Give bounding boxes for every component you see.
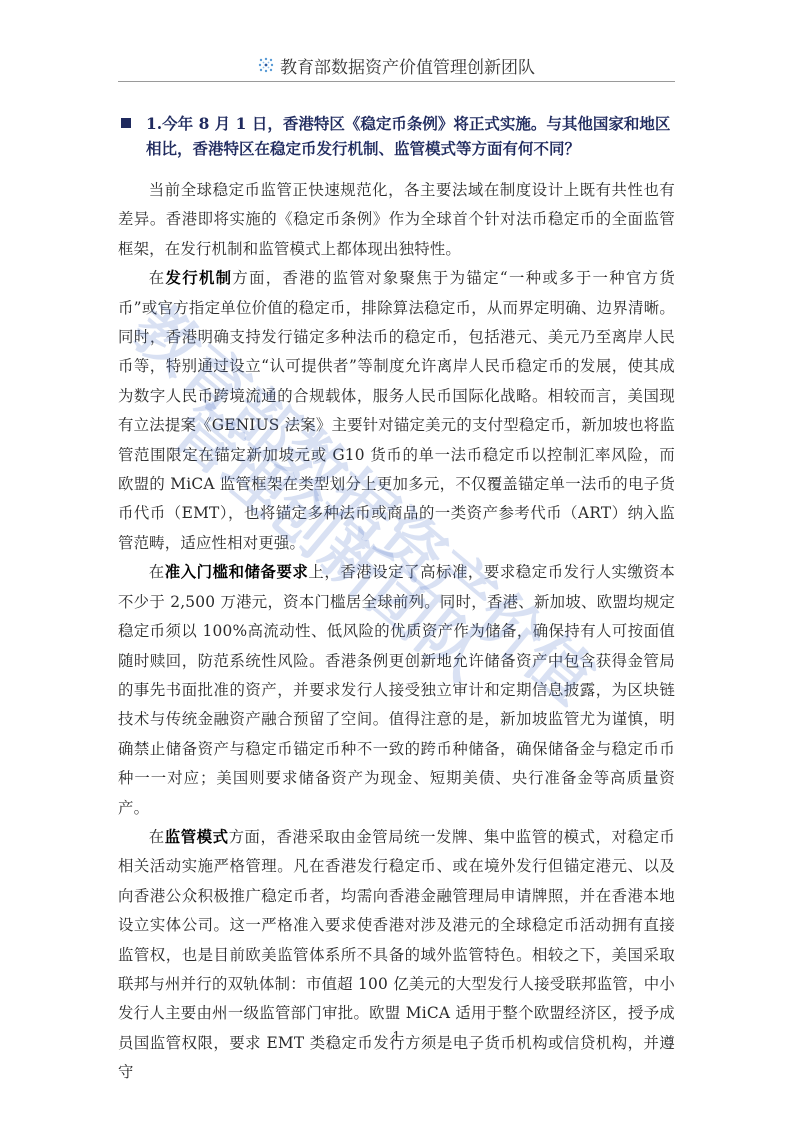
paragraph-intro: 当前全球稳定币监管正快速规范化，各主要法域在制度设计上既有共性也有差异。香港即将… [118,176,675,264]
question-text: 1.今年 8 月 1 日，香港特区《稳定币条例》将正式实施。与其他国家和地区相比… [146,111,681,161]
paragraph-text: 当前全球稳定币监管正快速规范化，各主要法域在制度设计上既有共性也有差异。香港即将… [118,181,675,258]
document-body: 当前全球稳定币监管正快速规范化，各主要法域在制度设计上既有共性也有差异。香港即将… [118,176,675,1088]
paragraph-issuance: 在发行机制方面，香港的监管对象聚焦于为锚定“一种或多于一种官方货币”或官方指定单… [118,264,675,558]
network-dots-icon [258,57,274,73]
paragraph-lead: 在 [149,828,165,846]
square-bullet-icon [121,118,131,128]
paragraph-text: 上，香港设定了高标准，要求稳定币发行人实缴资本不少于 2,500 万港元，资本门… [118,563,675,816]
paragraph-lead: 在 [149,563,165,581]
header-title: 教育部数据资产价值管理创新团队 [280,53,535,78]
question-heading: 1.今年 8 月 1 日，香港特区《稳定币条例》将正式实施。与其他国家和地区相比… [121,111,681,161]
header-divider [118,81,675,82]
paragraph-text: 方面，香港的监管对象聚焦于为锚定“一种或多于一种官方货币”或官方指定单位价值的稳… [118,269,675,552]
paragraph-keyword: 发行机制 [166,269,233,287]
paragraph-supervision: 在监管模式方面，香港采取由金管局统一发牌、集中监管的模式，对稳定币相关活动实施严… [118,823,675,1088]
page-number: 1 [0,1030,793,1045]
paragraph-keyword: 准入门槛和储备要求 [165,563,309,581]
page-header: 教育部数据资产价值管理创新团队 [105,52,688,78]
paragraph-reserves: 在准入门槛和储备要求上，香港设定了高标准，要求稳定币发行人实缴资本不少于 2,5… [118,558,675,823]
paragraph-lead: 在 [149,269,166,287]
paragraph-keyword: 监管模式 [165,828,229,846]
